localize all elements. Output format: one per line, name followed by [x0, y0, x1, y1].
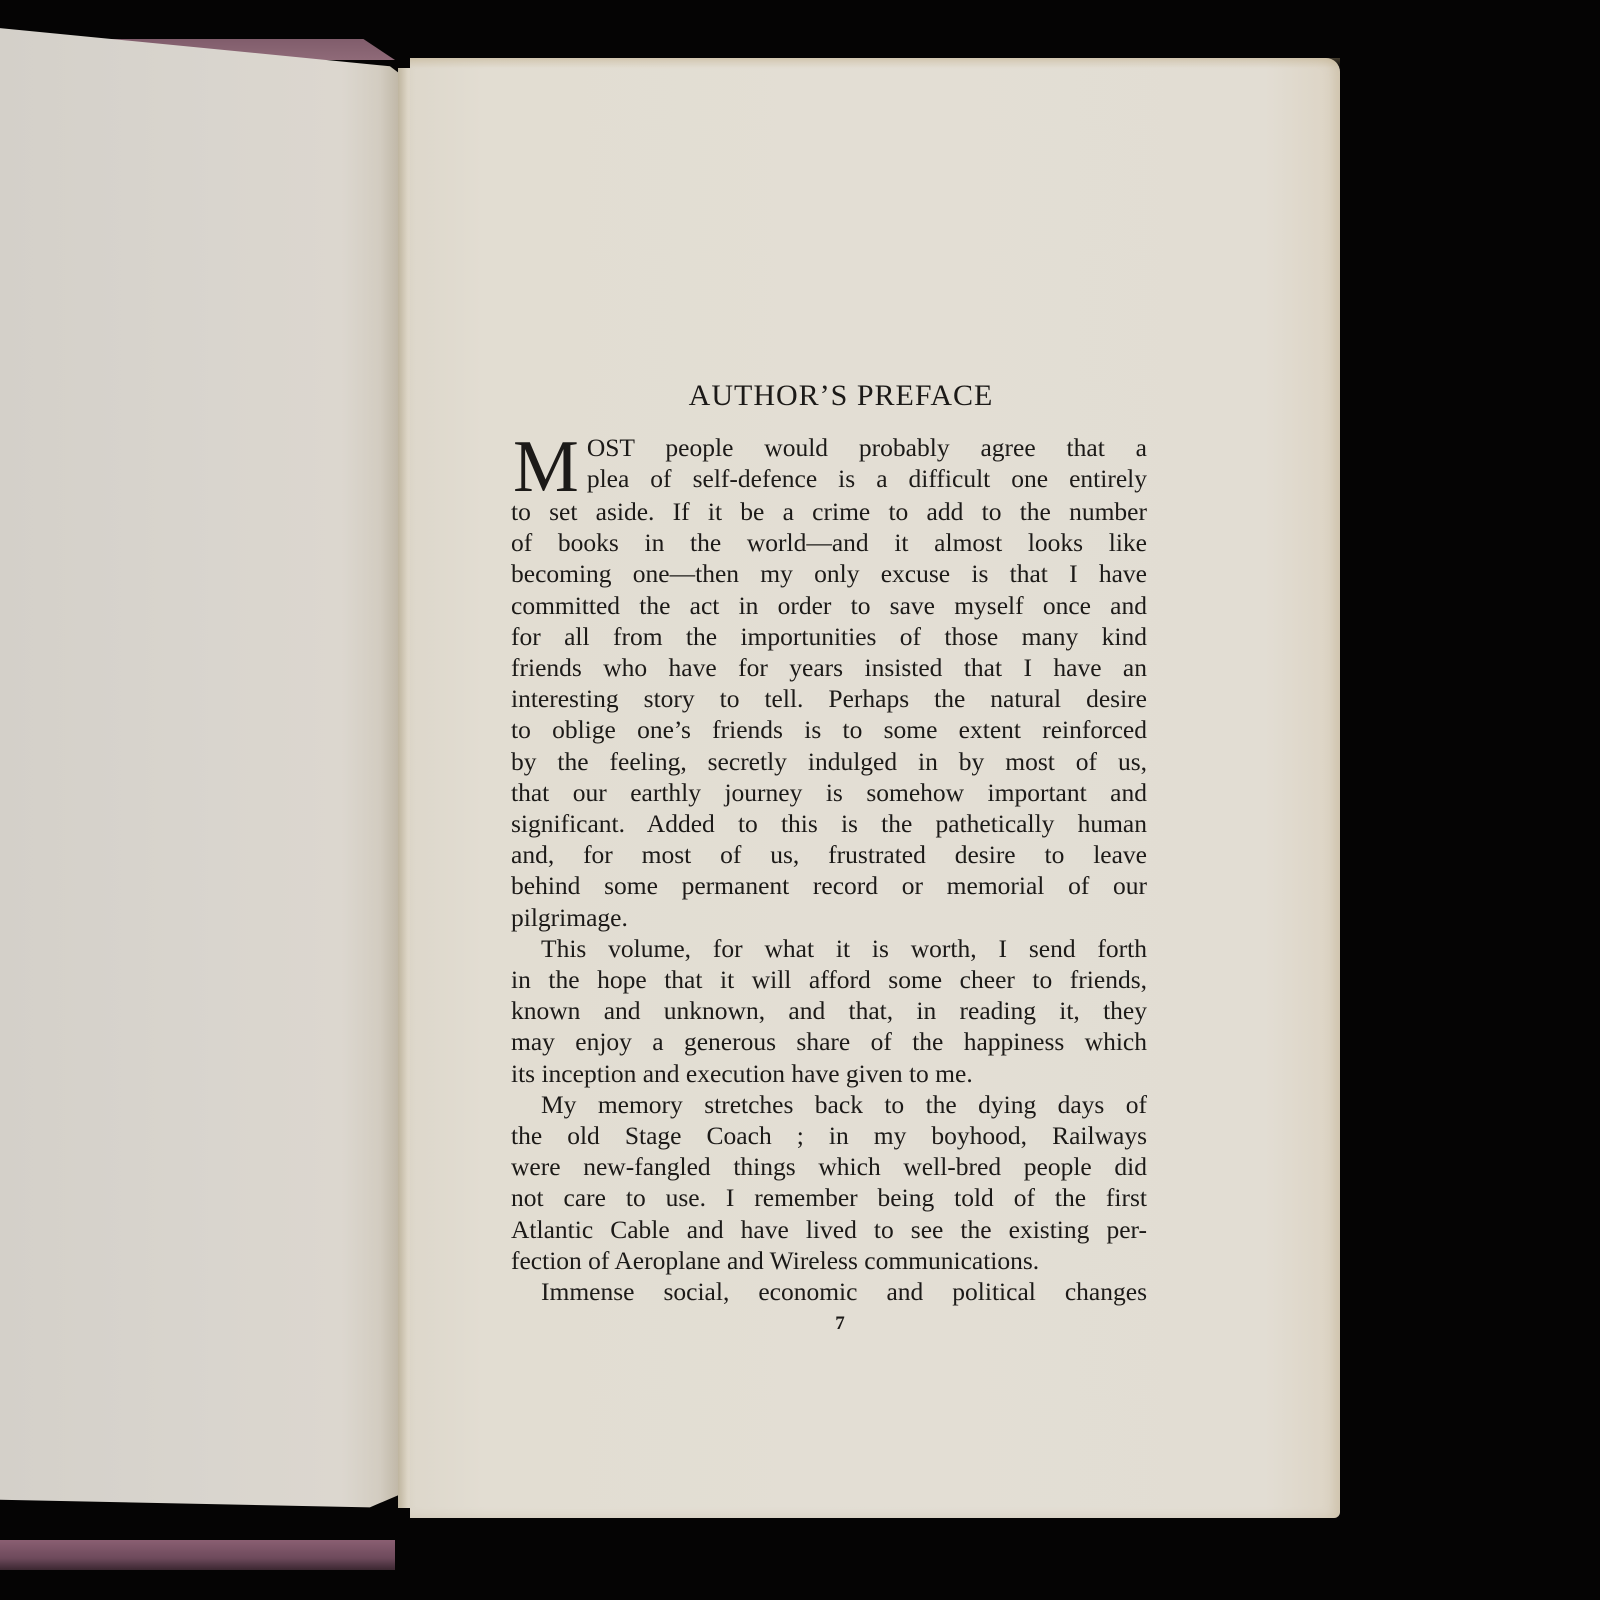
text-line: significant. Added to this is the pathet…	[511, 808, 1147, 839]
text-line: to set aside. If it be a crime to add to…	[511, 496, 1147, 527]
text-line: friends who have for years insisted that…	[511, 652, 1147, 683]
text-line: Atlantic Cable and have lived to see the…	[511, 1214, 1147, 1245]
text-line: fection of Aeroplane and Wireless commun…	[511, 1245, 1147, 1276]
book-photo: AUTHOR’S PREFACE M OST people would prob…	[0, 0, 1600, 1600]
paragraph-3: My memory stretches back to the dying da…	[511, 1089, 1147, 1276]
book-cover-bottom-edge	[0, 1540, 395, 1570]
text-line: were new-fangled things which well-bred …	[511, 1151, 1147, 1182]
text-line: that our earthly journey is somehow impo…	[511, 777, 1147, 808]
drop-cap: M	[513, 438, 579, 496]
page-number: 7	[533, 1311, 1147, 1337]
text-line: and, for most of us, frustrated desire t…	[511, 839, 1147, 870]
text-line: its inception and execution have given t…	[511, 1058, 1147, 1089]
text-line: in the hope that it will afford some che…	[511, 964, 1147, 995]
paragraph-2: This volume, for what it is worth, I sen…	[511, 933, 1147, 1089]
text-line: for all from the importunities of those …	[511, 621, 1147, 652]
text-line: plea of self-defence is a difficult one …	[511, 463, 1147, 494]
text-line: My memory stretches back to the dying da…	[511, 1089, 1147, 1120]
left-page-blank	[0, 22, 402, 1547]
text-line: the old Stage Coach ; in my boyhood, Rai…	[511, 1120, 1147, 1151]
text-line: to oblige one’s friends is to some exten…	[511, 714, 1147, 745]
text-line: becoming one—then my only excuse is that…	[511, 558, 1147, 589]
text-line: not care to use. I remember being told o…	[511, 1182, 1147, 1213]
text-line: known and unknown, and that, in reading …	[511, 995, 1147, 1026]
text-line: pilgrimage.	[511, 902, 1147, 933]
preface-text-block: AUTHOR’S PREFACE M OST people would prob…	[511, 378, 1147, 1337]
text-line: committed the act in order to save mysel…	[511, 590, 1147, 621]
paragraph-1: M OST people would probably agree that a…	[511, 432, 1147, 933]
text-line: interesting story to tell. Perhaps the n…	[511, 683, 1147, 714]
text-line: This volume, for what it is worth, I sen…	[511, 933, 1147, 964]
text-line: OST people would probably agree that a	[511, 432, 1147, 463]
text-line: of books in the world—and it almost look…	[511, 527, 1147, 558]
right-page: AUTHOR’S PREFACE M OST people would prob…	[410, 58, 1340, 1518]
text-line: Immense social, economic and political c…	[511, 1276, 1147, 1307]
text-line: by the feeling, secretly indulged in by …	[511, 746, 1147, 777]
page-title: AUTHOR’S PREFACE	[535, 378, 1147, 414]
text-line: behind some permanent record or memorial…	[511, 870, 1147, 901]
text-line: may enjoy a generous share of the happin…	[511, 1026, 1147, 1057]
paragraph-4: Immense social, economic and political c…	[511, 1276, 1147, 1307]
